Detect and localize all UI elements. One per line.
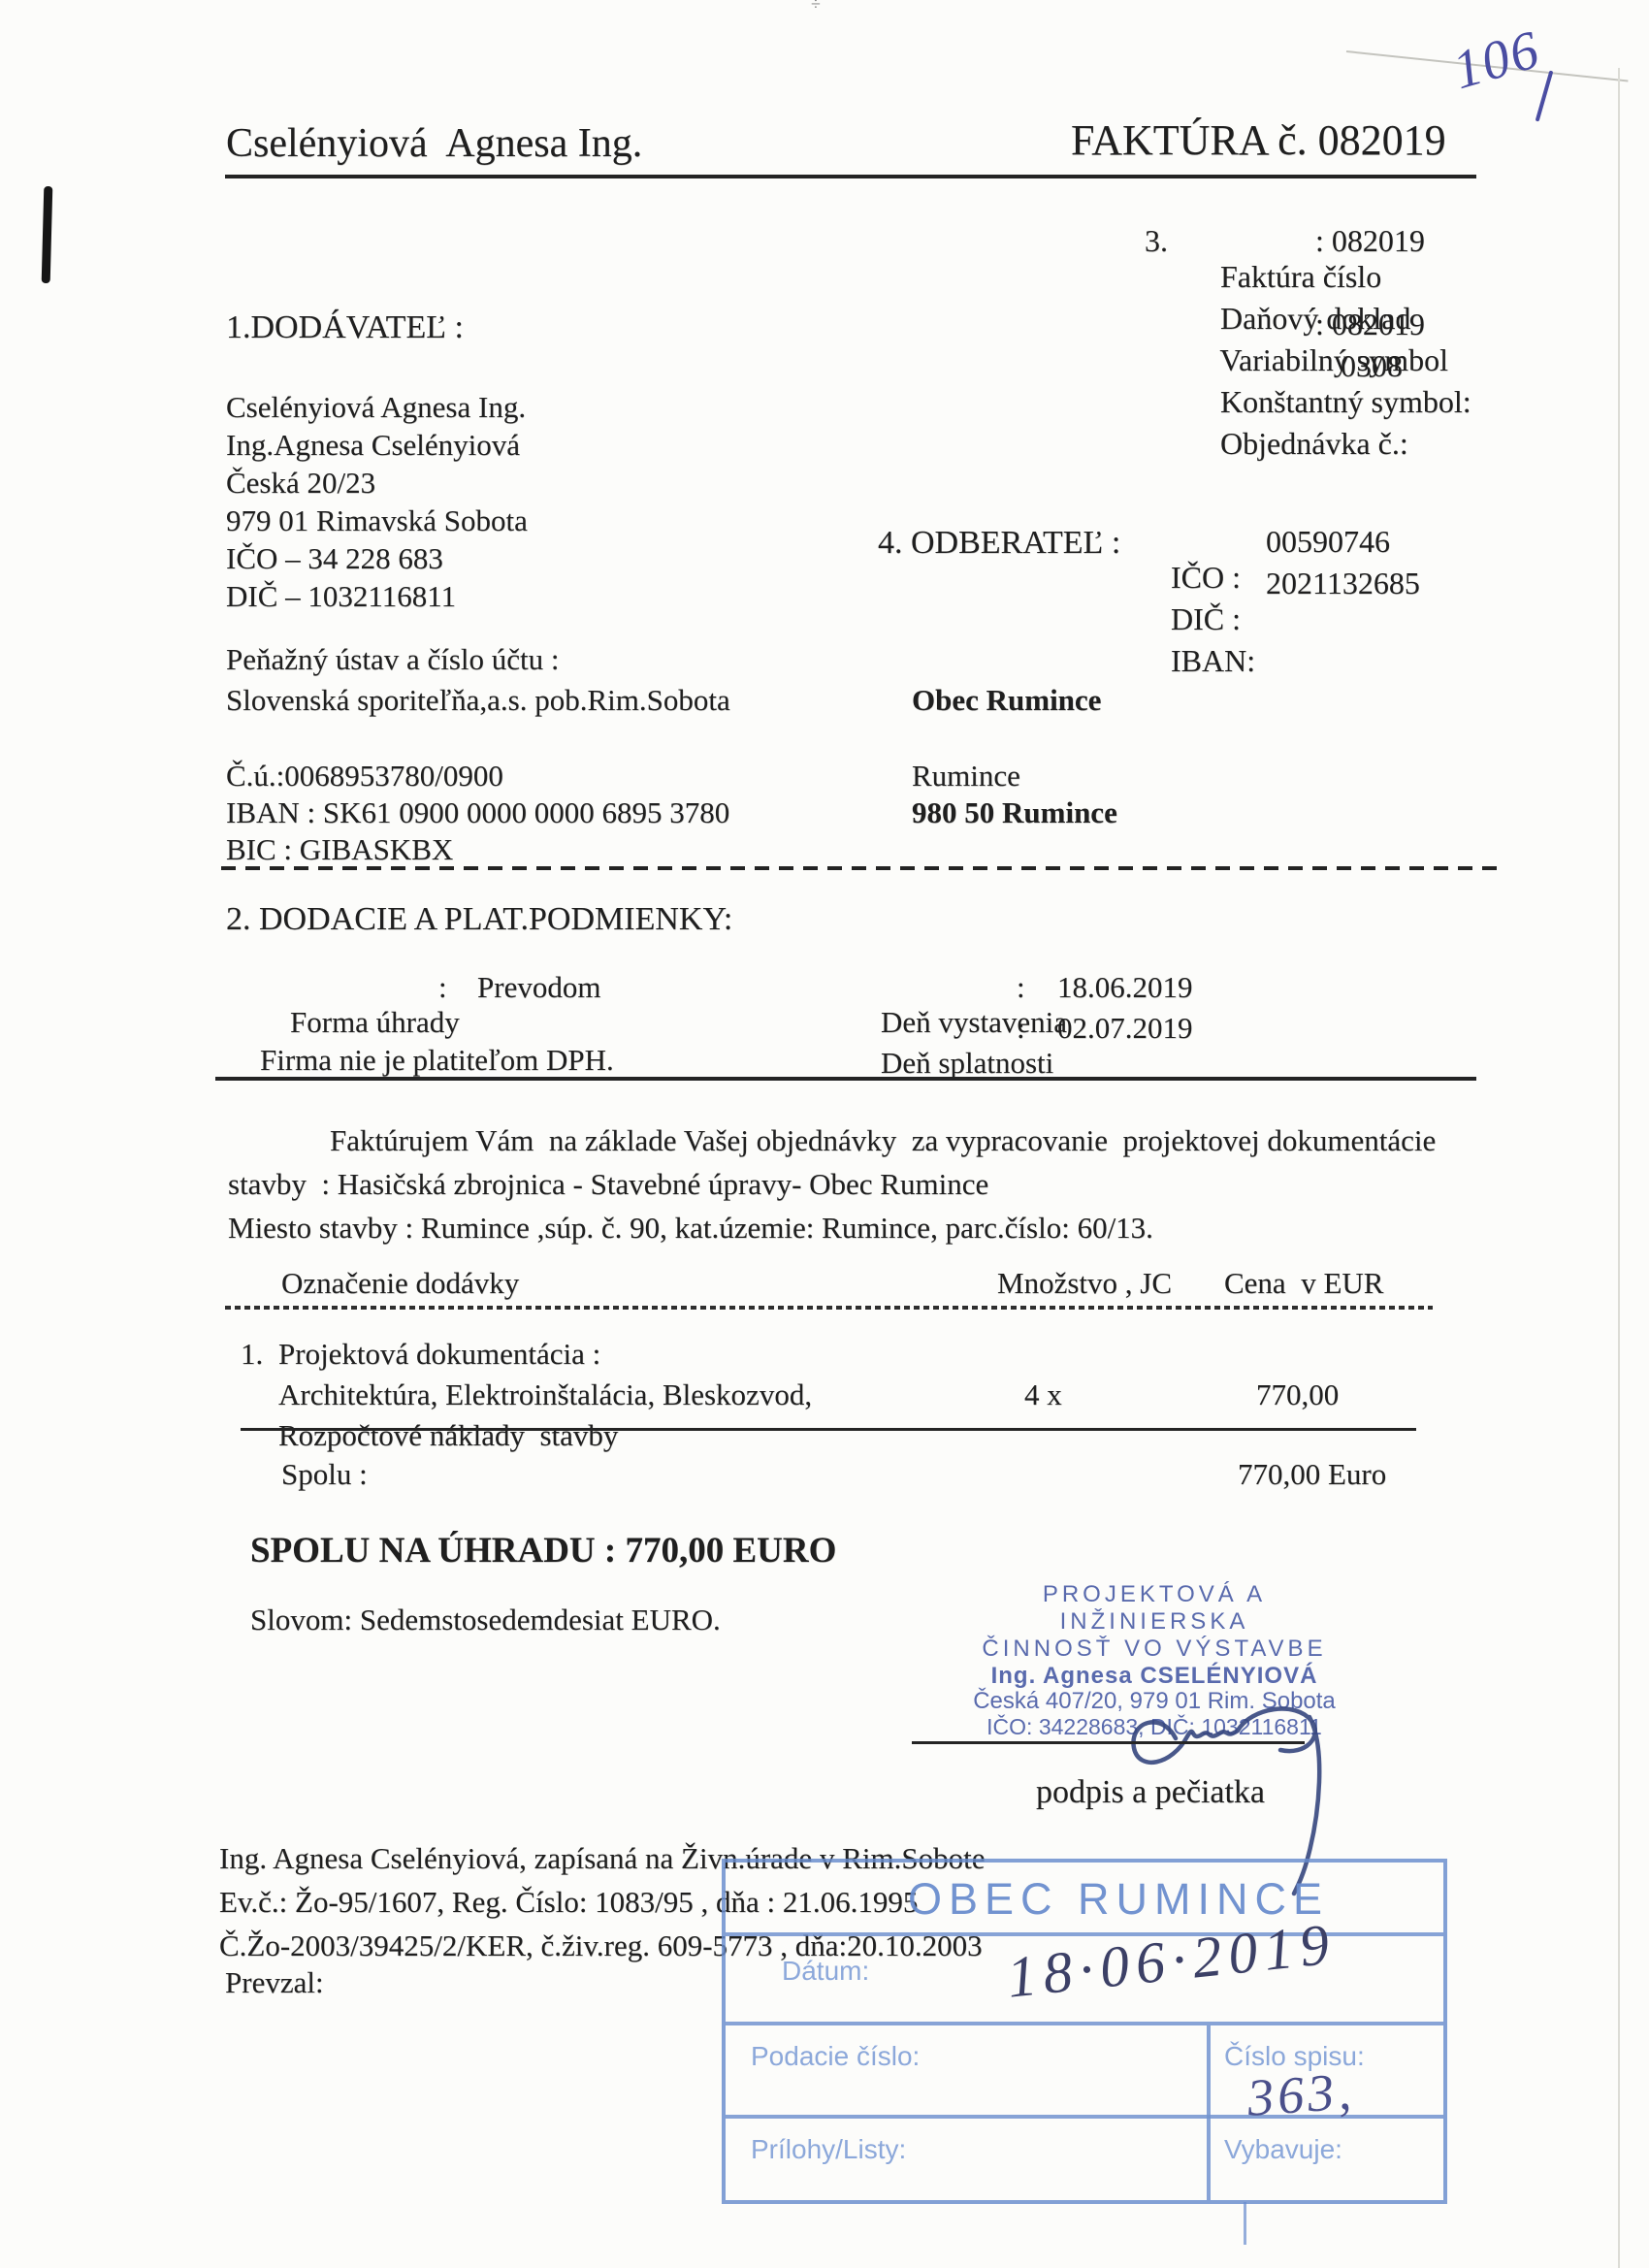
amount-due: SPOLU NA ÚHRADU : 770,00 EURO [250, 1531, 836, 1572]
stamp-handler-label: Vybavuje: [1224, 2134, 1342, 2165]
separator: : [1017, 1011, 1025, 1046]
meta-row-order-number: Objednávka č.: [1189, 390, 1408, 497]
item-description: Rozpočtové náklady stavby [278, 1418, 618, 1453]
handwritten-file-number: 363, [1245, 2060, 1357, 2128]
amount-in-words: Slovom: Sedemstosedemdesiat EURO. [250, 1603, 721, 1637]
supplier-address-line: 979 01 Rimavská Sobota [226, 503, 528, 538]
scan-right-edge-line [1618, 68, 1620, 2268]
body-text-line: Faktúrujem Vám na základe Vašej objednáv… [330, 1123, 1436, 1158]
scan-ink-bar [42, 186, 53, 283]
item-quantity: 4 x [1024, 1377, 1062, 1412]
issue-date-value: 18.06.2019 [1057, 970, 1193, 1005]
meta-value: 0308 [1341, 348, 1403, 384]
separator: : [1017, 970, 1025, 1005]
customer-section-label: 4. ODBERATEĽ : [878, 524, 1120, 562]
item-description: Architektúra, Elektroinštalácia, Bleskoz… [278, 1377, 812, 1412]
body-text-line: Miesto stavby : Rumince ,súp. č. 90, kat… [228, 1211, 1153, 1246]
stamp-filing-number-label: Podacie číslo: [751, 2041, 920, 2072]
item-number: 1. [241, 1337, 263, 1372]
table-total-line [241, 1428, 1416, 1431]
header-underline [225, 175, 1476, 178]
vat-note: Firma nie je platiteľom DPH. [260, 1043, 614, 1078]
table-header-quantity: Množstvo , JC [997, 1266, 1172, 1301]
supplier-stamp-line: ČINNOSŤ VO VÝSTAVBE [955, 1636, 1353, 1663]
customer-row-iban: IBAN: [1140, 607, 1255, 714]
table-header-price: Cena v EUR [1224, 1266, 1383, 1301]
meta-section-number: 3. [1145, 223, 1168, 259]
meta-value: : 082019 [1315, 223, 1425, 259]
signature-caption: podpis a pečiatka [1036, 1773, 1265, 1811]
supplier-ico: IČO – 34 228 683 [226, 541, 443, 576]
supplier-address-line: Česká 20/23 [226, 466, 375, 501]
customer-city: Rumince [912, 759, 1020, 794]
supplier-stamp-line: PROJEKTOVÁ A INŽINIERSKA [955, 1581, 1353, 1636]
bank-iban: IBAN : SK61 0900 0000 0000 6895 3780 [226, 795, 729, 830]
stamp-box-divider [726, 2022, 1443, 2025]
handwritten-page-number: 106 [1446, 18, 1547, 102]
bank-account: Č.ú.:0068953780/0900 [226, 759, 503, 794]
supplier-dic: DIČ – 1032116811 [226, 579, 456, 614]
payment-method-value: Prevodom [477, 970, 600, 1005]
item-price: 770,00 [1256, 1377, 1339, 1412]
meta-label: Objednávka č.: [1220, 426, 1408, 461]
due-date-value: 02.07.2019 [1057, 1011, 1193, 1046]
body-text-line: stavby : Hasičská zbrojnica - Stavebné ú… [228, 1167, 988, 1202]
table-header-designation: Označenie dodávky [281, 1266, 519, 1301]
bank-bic: BIC : GIBASKBX [226, 832, 453, 867]
item-title: Projektová dokumentácia : [278, 1337, 600, 1372]
signature-line [912, 1741, 1305, 1744]
supplier-address-line: Ing.Agnesa Cselényiová [226, 428, 520, 463]
stamp-date-label: Dátum: [782, 1956, 869, 1987]
customer-dic-value: 2021132685 [1266, 566, 1420, 601]
customer-ico-value: 00590746 [1266, 524, 1390, 560]
table-total-value: 770,00 Euro [1238, 1457, 1386, 1492]
invoice-title: FAKTÚRA č. 082019 [1071, 116, 1446, 166]
customer-name: Obec Rumince [912, 683, 1101, 718]
supplier-section-label: 1.DODÁVATEĽ : [226, 308, 464, 346]
scan-speck: ÷ [811, 0, 821, 15]
stamp-box-vertical-divider [1207, 2025, 1211, 2200]
section-solid-separator [215, 1077, 1476, 1081]
received-by-label: Prevzal: [225, 1965, 324, 2000]
customer-iban-label: IBAN: [1171, 643, 1255, 678]
bank-heading: Peňažný ústav a číslo účtu : [226, 642, 560, 677]
customer-zip: 980 50 Rumince [912, 795, 1117, 830]
meta-value: : 082019 [1315, 307, 1425, 342]
due-date-label: Deň splatnosti [881, 1046, 1053, 1080]
payment-method-label: Forma úhrady [290, 1005, 460, 1039]
supplier-address-line: Cselényiová Agnesa Ing. [226, 390, 526, 425]
scanned-invoice-page: ÷ 106 Cselényiová Agnesa Ing. FAKTÚRA č.… [0, 0, 1649, 2268]
bank-name: Slovenská sporiteľňa,a.s. pob.Rim.Sobota [226, 683, 730, 718]
table-header-dashed-line [225, 1306, 1433, 1310]
stamp-attachments-label: Prílohy/Listy: [751, 2134, 906, 2165]
section-dashed-separator [221, 866, 1497, 870]
table-total-label: Spolu : [281, 1457, 368, 1492]
separator: : [438, 970, 447, 1005]
municipality-stamp-box: OBEC RUMINCE Dátum: Podacie číslo: Číslo… [722, 1859, 1447, 2204]
stamp-box-title: OBEC RUMINCE [726, 1874, 1443, 1925]
terms-section-label: 2. DODACIE A PLAT.PODMIENKY: [226, 900, 732, 938]
stamp-box-bottom-tick [1244, 2202, 1246, 2245]
supplier-header-name: Cselényiová Agnesa Ing. [226, 120, 642, 167]
